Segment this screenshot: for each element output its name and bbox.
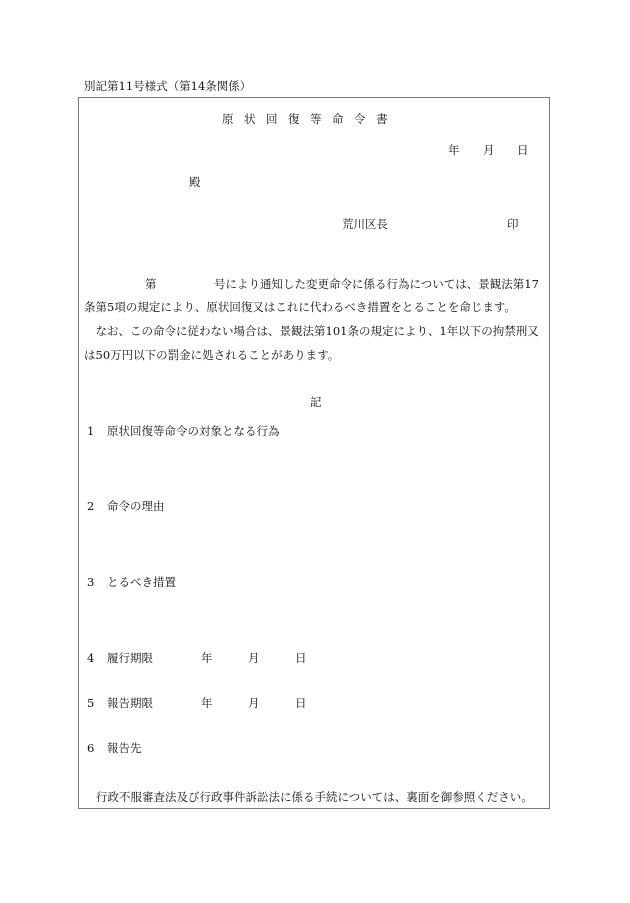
form-caption: 別記第11号様式（第14条関係） xyxy=(84,81,251,93)
addressee-suffix: 殿 xyxy=(189,177,201,189)
item-4-number: 4 xyxy=(87,653,94,665)
item-6-number: 6 xyxy=(87,743,94,755)
item-3-number: 3 xyxy=(87,577,94,589)
seal-mark: 印 xyxy=(507,219,519,231)
body-line4: は50万円以下の罰金に処されることがあります。 xyxy=(84,350,339,362)
item-5-month: 月 xyxy=(248,698,260,710)
date-year: 年 xyxy=(448,145,460,157)
item-4-day: 日 xyxy=(295,653,307,665)
footer-note: 行政不服審査法及び行政事件訴訟法に係る手続については、裏面を御参照ください。 xyxy=(96,792,533,804)
item-4-year: 年 xyxy=(201,653,213,665)
date-month: 月 xyxy=(483,145,495,157)
item-5-day: 日 xyxy=(295,698,307,710)
item-5-year: 年 xyxy=(201,698,213,710)
item-1-label: 原状回復等命令の対象となる行為 xyxy=(107,426,280,438)
item-1-number: 1 xyxy=(87,426,94,438)
body-line3: なお、この命令に従わない場合は、景観法第101条の規定により、1年以下の拘禁刑又 xyxy=(84,326,539,338)
item-4-month: 月 xyxy=(248,653,260,665)
item-5-number: 5 xyxy=(87,698,94,710)
date-day: 日 xyxy=(517,145,529,157)
body-line1-prefix: 第 xyxy=(145,279,157,291)
item-2-number: 2 xyxy=(87,501,94,513)
item-2-label: 命令の理由 xyxy=(107,501,165,513)
item-3-label: とるべき措置 xyxy=(107,577,176,589)
body-line1: 号により通知した変更命令に係る行為については、景観法第17 xyxy=(214,279,539,291)
ki-heading: 記 xyxy=(310,397,322,409)
item-6-label: 報告先 xyxy=(107,743,142,755)
document-title: 原状回復等命令書 xyxy=(222,114,398,126)
issuer: 荒川区長 xyxy=(342,219,388,231)
body-line2: 条第5項の規定により、原状回復又はこれに代わるべき措置をとることを命じます。 xyxy=(84,302,516,314)
item-4-label: 履行期限 xyxy=(107,653,153,665)
item-5-label: 報告期限 xyxy=(107,698,153,710)
